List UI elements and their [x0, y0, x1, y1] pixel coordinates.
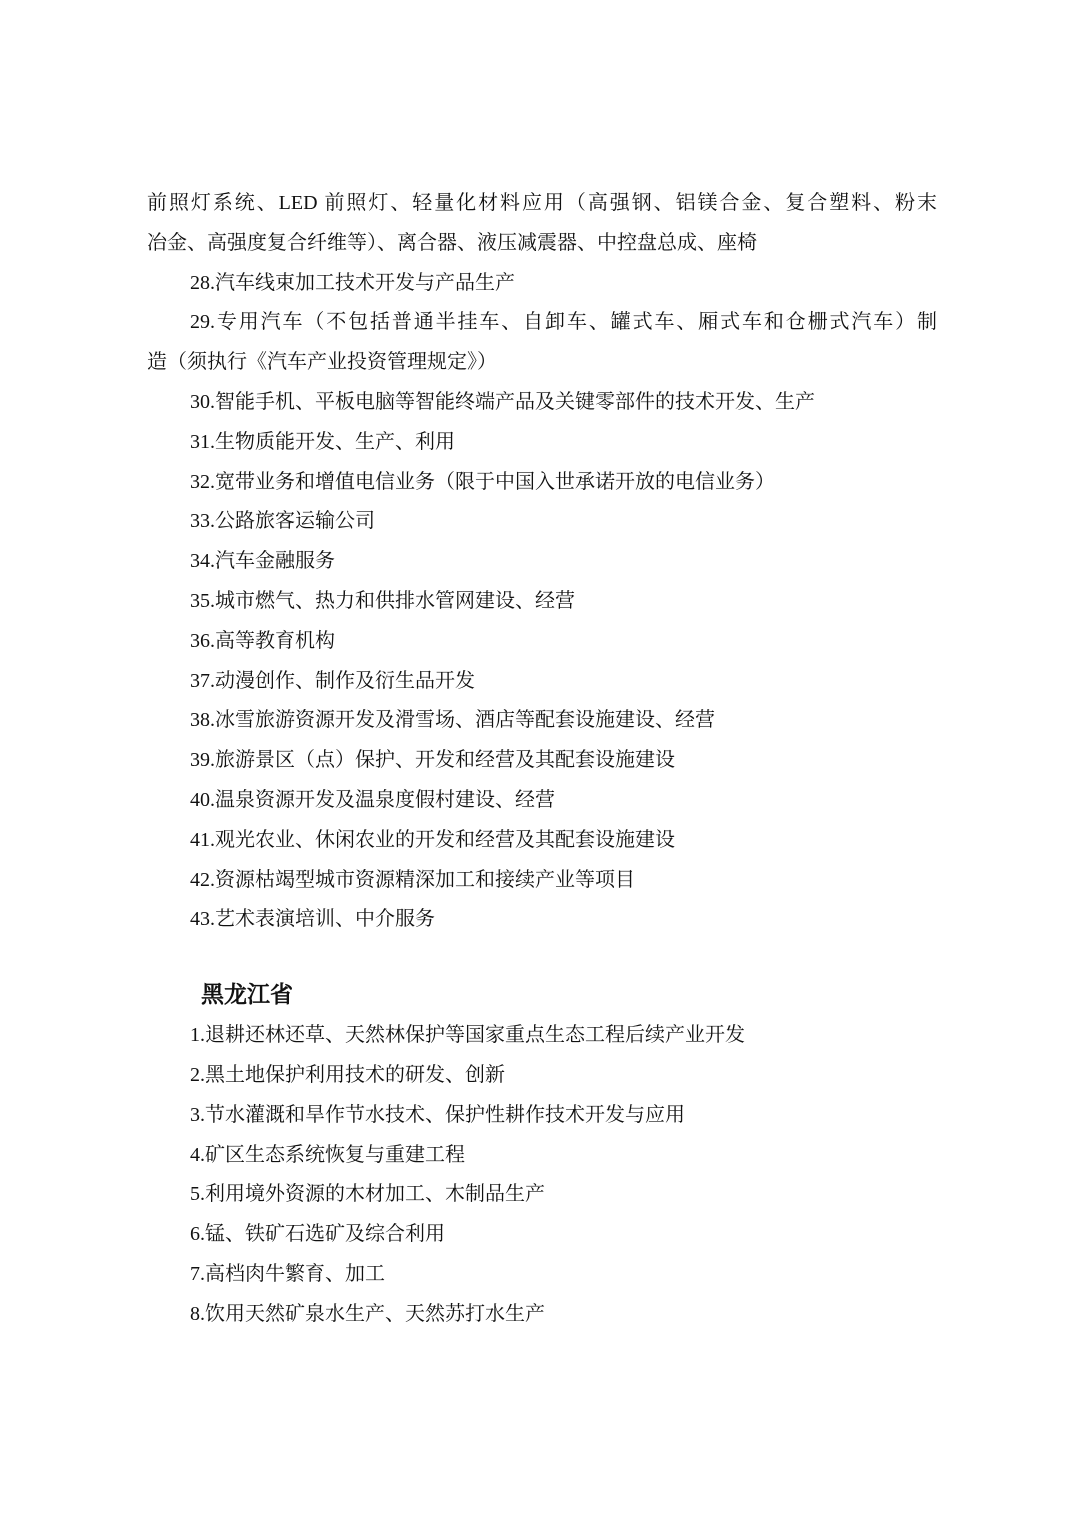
list-item-40: 40.温泉资源开发及温泉度假村建设、经营 — [147, 781, 937, 821]
section-heading-heilongjiang: 黑龙江省 — [147, 974, 937, 1016]
list-item-39: 39.旅游景区（点）保护、开发和经营及其配套设施建设 — [147, 741, 937, 781]
section-item-5: 5.利用境外资源的木材加工、木制品生产 — [147, 1175, 937, 1215]
section-item-7: 7.高档肉牛繁育、加工 — [147, 1255, 937, 1295]
section-item-1: 1.退耕还林还草、天然林保护等国家重点生态工程后续产业开发 — [147, 1016, 937, 1056]
continuation-line-1: 前照灯系统、LED 前照灯、轻量化材料应用（高强钢、铝镁合金、复合塑料、粉末 — [147, 184, 937, 224]
list-item-41: 41.观光农业、休闲农业的开发和经营及其配套设施建设 — [147, 821, 937, 861]
list-item-29: 29.专用汽车（不包括普通半挂车、自卸车、罐式车、厢式车和仓栅式汽车）制 — [147, 303, 937, 343]
list-item-29-continuation: 造（须执行《汽车产业投资管理规定》） — [147, 343, 937, 383]
list-item-31: 31.生物质能开发、生产、利用 — [147, 423, 937, 463]
list-item-42: 42.资源枯竭型城市资源精深加工和接续产业等项目 — [147, 861, 937, 901]
list-item-32: 32.宽带业务和增值电信业务（限于中国入世承诺开放的电信业务） — [147, 463, 937, 503]
section-item-2: 2.黑土地保护利用技术的研发、创新 — [147, 1056, 937, 1096]
section-item-6: 6.锰、铁矿石选矿及综合利用 — [147, 1215, 937, 1255]
list-item-30: 30.智能手机、平板电脑等智能终端产品及关键零部件的技术开发、生产 — [147, 383, 937, 423]
list-item-36: 36.高等教育机构 — [147, 622, 937, 662]
continuation-line-2: 冶金、高强度复合纤维等）、离合器、液压减震器、中控盘总成、座椅 — [147, 224, 937, 264]
list-item-34: 34.汽车金融服务 — [147, 542, 937, 582]
list-item-38: 38.冰雪旅游资源开发及滑雪场、酒店等配套设施建设、经营 — [147, 701, 937, 741]
section-item-4: 4.矿区生态系统恢复与重建工程 — [147, 1136, 937, 1176]
list-item-43: 43.艺术表演培训、中介服务 — [147, 900, 937, 940]
document-page: 前照灯系统、LED 前照灯、轻量化材料应用（高强钢、铝镁合金、复合塑料、粉末 冶… — [147, 184, 937, 1335]
list-item-33: 33.公路旅客运输公司 — [147, 502, 937, 542]
list-item-28: 28.汽车线束加工技术开发与产品生产 — [147, 264, 937, 304]
section-item-3: 3.节水灌溉和旱作节水技术、保护性耕作技术开发与应用 — [147, 1096, 937, 1136]
list-item-35: 35.城市燃气、热力和供排水管网建设、经营 — [147, 582, 937, 622]
list-item-37: 37.动漫创作、制作及衍生品开发 — [147, 662, 937, 702]
section-item-8: 8.饮用天然矿泉水生产、天然苏打水生产 — [147, 1295, 937, 1335]
